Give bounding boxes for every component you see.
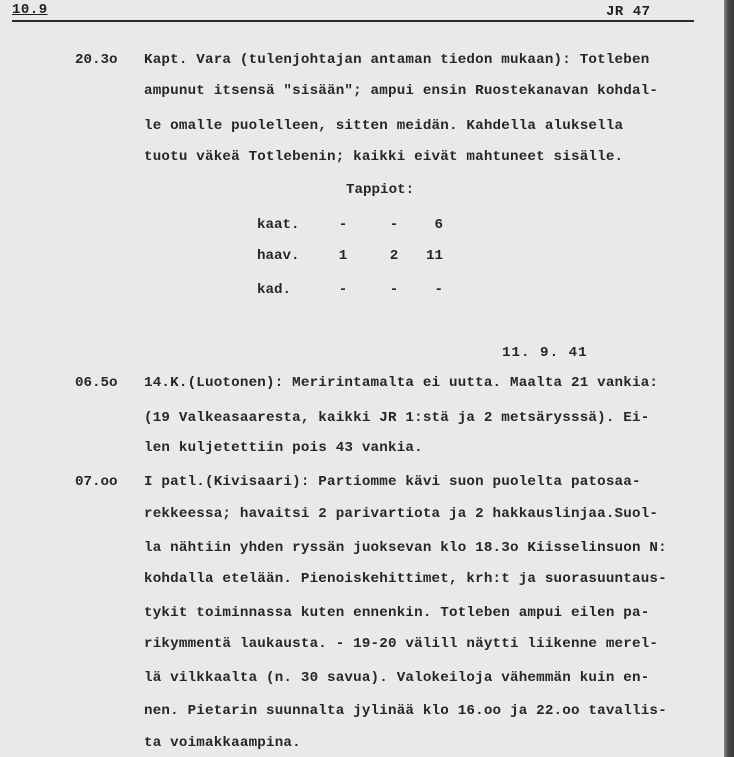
entry-line: len kuljetettiin pois 43 vankia. xyxy=(144,440,423,456)
entry-line: (19 Valkeasaaresta, kaikki JR 1:stä ja 2… xyxy=(144,410,649,426)
entry-line: la nähtiin yhden ryssän juoksevan klo 18… xyxy=(144,540,667,556)
header-unit: JR 47 xyxy=(606,4,651,20)
losses-value: 11 xyxy=(415,248,443,264)
losses-row: haav. 1 2 11 xyxy=(257,248,457,266)
date-heading: 11. 9. 41 xyxy=(502,345,588,361)
losses-value: 2 xyxy=(388,248,400,264)
entry-time: 20.3o xyxy=(75,52,118,68)
entry-line: Kapt. Vara (tulenjohtajan antaman tiedon… xyxy=(144,52,649,68)
entry-line: tuotu väkeä Totlebenin; kaikki eivät mah… xyxy=(144,149,623,165)
entry-time: 07.oo xyxy=(75,474,118,490)
entry-line: kohdalla etelään. Pienoiskehittimet, krh… xyxy=(144,571,667,587)
losses-value: 1 xyxy=(337,248,349,264)
entry-line: tykit toiminnassa kuten ennenkin. Totleb… xyxy=(144,605,649,621)
page-edge-shadow xyxy=(724,0,734,757)
entry-line: ampunut itsensä "sisään"; ampui ensin Ru… xyxy=(144,83,658,99)
header-rule xyxy=(12,20,694,22)
entry-time: 06.5o xyxy=(75,375,118,391)
document-page: 10.9 JR 47 20.3o Kapt. Vara (tulenjohtaj… xyxy=(0,0,724,757)
losses-title: Tappiot: xyxy=(346,182,414,198)
entry-line: le omalle puolelleen, sitten meidän. Kah… xyxy=(144,118,623,134)
losses-label: kaat. xyxy=(257,217,300,233)
losses-row: kad. - - - xyxy=(257,282,457,300)
losses-value: - xyxy=(337,217,349,233)
entry-line: ta voimakkaampina. xyxy=(144,735,301,751)
losses-value: - xyxy=(415,282,443,298)
entry-line: rekkeessa; havaitsi 2 parivartiota ja 2 … xyxy=(144,506,658,522)
losses-value: - xyxy=(388,282,400,298)
losses-label: haav. xyxy=(257,248,300,264)
losses-label: kad. xyxy=(257,282,291,298)
entry-line: lä vilkkaalta (n. 30 savua). Valokeiloja… xyxy=(144,670,649,686)
entry-line: rikymmentä laukausta. - 19-20 välill näy… xyxy=(144,636,658,652)
losses-row: kaat. - - 6 xyxy=(257,217,457,235)
losses-value: 6 xyxy=(415,217,443,233)
entry-line: 14.K.(Luotonen): Meririntamalta ei uutta… xyxy=(144,375,658,391)
entry-line: nen. Pietarin suunnalta jylinää klo 16.o… xyxy=(144,703,667,719)
entry-line: I patl.(Kivisaari): Partiomme kävi suon … xyxy=(144,474,641,490)
header-date: 10.9 xyxy=(12,2,48,18)
losses-value: - xyxy=(337,282,349,298)
losses-value: - xyxy=(388,217,400,233)
